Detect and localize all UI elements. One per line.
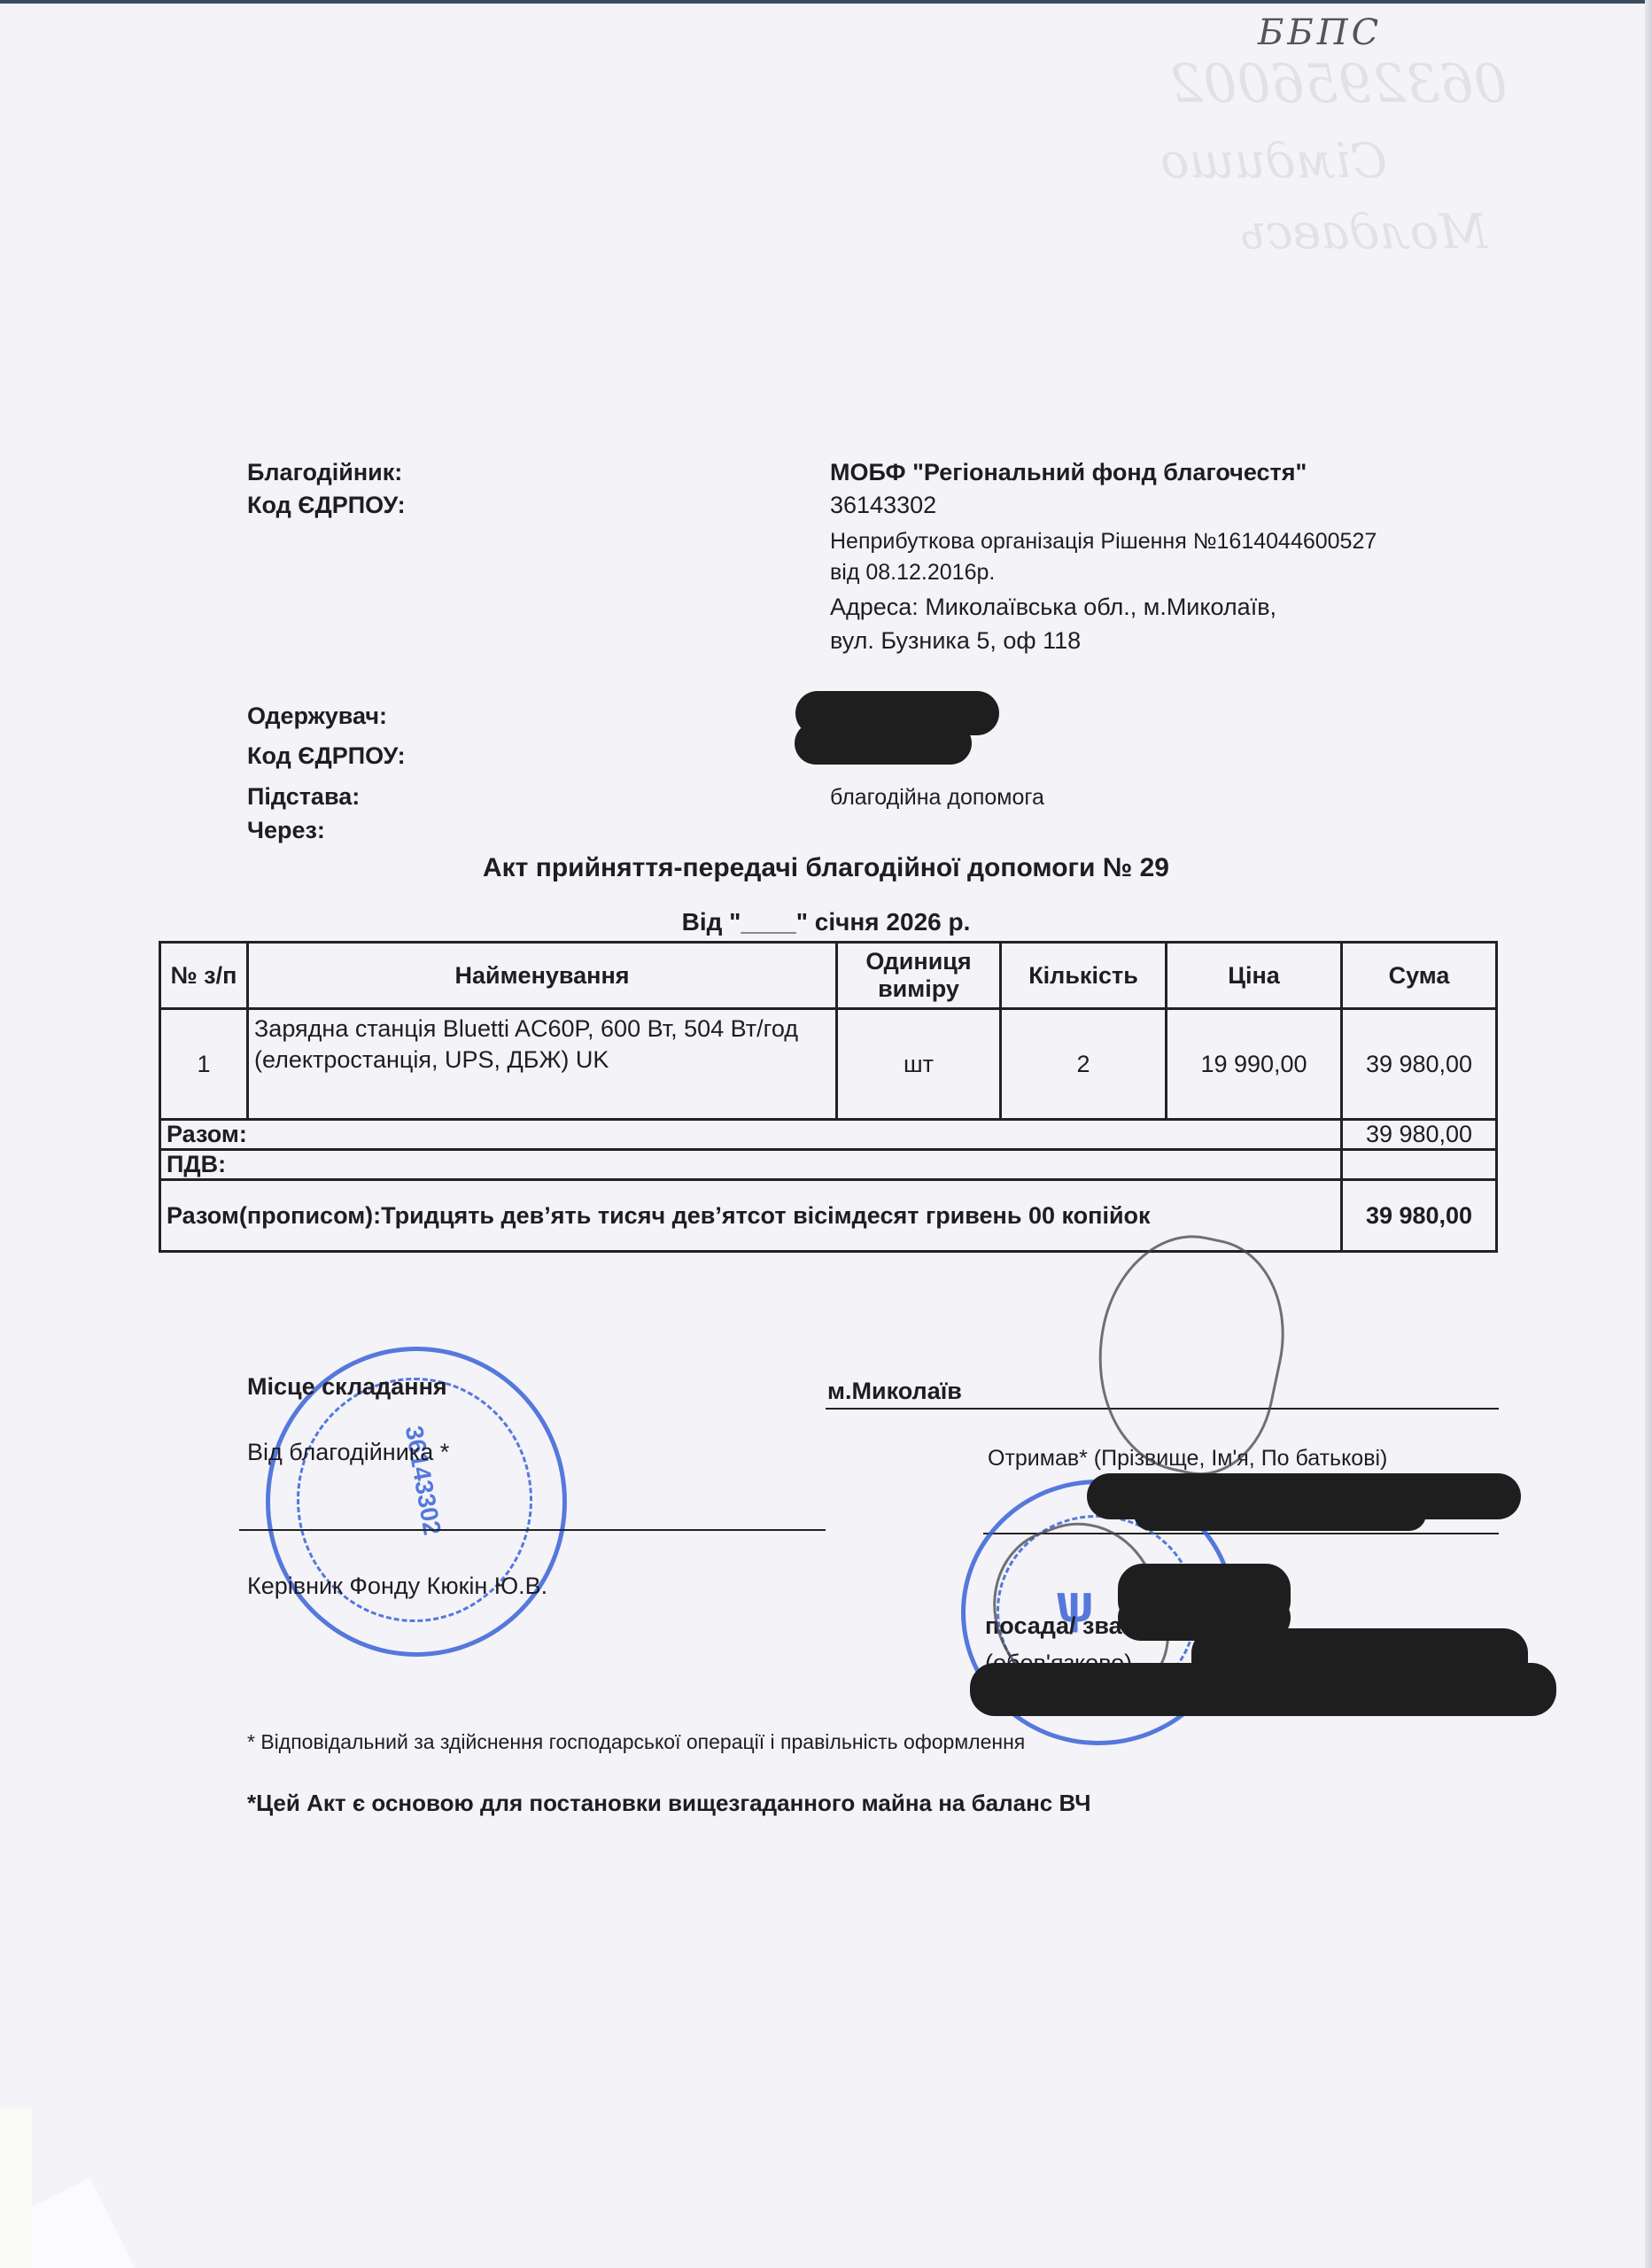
row-price: 19 990,00 xyxy=(1167,1009,1342,1120)
act-title: Акт прийняття-передачі благодійної допом… xyxy=(0,853,1652,883)
total-words-text: Тридцять дев’ять тисяч дев’ятсот вісімде… xyxy=(381,1202,1150,1229)
redaction-mark xyxy=(970,1663,1556,1716)
total-value: 39 980,00 xyxy=(1342,1120,1497,1150)
vat-label: ПДВ: xyxy=(160,1150,1342,1180)
vat-value xyxy=(1342,1150,1497,1180)
total-row: Разом: 39 980,00 xyxy=(160,1120,1497,1150)
total-words-value: 39 980,00 xyxy=(1342,1180,1497,1252)
donor-nonprofit: Неприбуткова організація Рішення №161404… xyxy=(830,529,1377,555)
header-no: № з/п xyxy=(160,943,248,1009)
redaction-mark xyxy=(1134,1497,1426,1531)
folded-corner xyxy=(32,2178,138,2268)
footnote-responsible: * Відповідальний за здійснення господарс… xyxy=(247,1730,1025,1754)
header-unit: Одиниця виміру xyxy=(837,943,1001,1009)
header-qty: Кількість xyxy=(1001,943,1167,1009)
total-words-row: Разом(прописом):Тридцять дев’ять тисяч д… xyxy=(160,1180,1497,1252)
recipient-code-label: Код ЄДРПОУ: xyxy=(247,742,406,770)
row-qty: 2 xyxy=(1001,1009,1167,1120)
row-name: Зарядна станція Bluetti AC60P, 600 Вт, 5… xyxy=(248,1009,837,1120)
act-date: Від "____" січня 2026 р. xyxy=(0,908,1652,936)
scan-edge xyxy=(1645,0,1652,2268)
row-sum: 39 980,00 xyxy=(1342,1009,1497,1120)
total-words-label: Разом(прописом): xyxy=(167,1202,381,1229)
donor-code: 36143302 xyxy=(830,492,936,519)
basis-value: благодійна допомога xyxy=(830,785,1044,811)
vat-row: ПДВ: xyxy=(160,1150,1497,1180)
items-table: № з/п Найменування Одиниця виміру Кількі… xyxy=(159,941,1498,1253)
total-label: Разом: xyxy=(160,1120,1342,1150)
row-no: 1 xyxy=(160,1009,248,1120)
donor-signature-line xyxy=(239,1529,826,1531)
scan-edge xyxy=(0,0,1652,4)
footnote-basis: *Цей Акт є основою для постановки вищезг… xyxy=(247,1790,1091,1817)
bleed-through-text: Сімдишо xyxy=(1160,133,1387,189)
place-label: Місце складання xyxy=(247,1373,447,1401)
place-value: м.Миколаїв xyxy=(827,1378,962,1405)
recipient-label: Одержувач: xyxy=(247,703,387,730)
handwritten-note: ББПС xyxy=(1258,12,1382,53)
donor-name: МОБФ "Регіональний фонд благочестя" xyxy=(830,459,1307,486)
donor-label: Благодійник: xyxy=(247,459,402,486)
scanner-bed xyxy=(0,2109,32,2268)
bleed-through-text: 0632956002 xyxy=(1169,53,1508,115)
donor-address: Адреса: Миколаївська обл., м.Миколаїв, xyxy=(830,594,1276,621)
header-sum: Сума xyxy=(1342,943,1497,1009)
from-donor-label: Від благодійника * xyxy=(247,1439,449,1466)
fund-head: Керівник Фонду Кюкін Ю.В. xyxy=(247,1573,547,1600)
redaction-mark xyxy=(795,722,972,765)
header-price: Ціна xyxy=(1167,943,1342,1009)
via-label: Через: xyxy=(247,817,325,844)
donor-nonprofit-date: від 08.12.2016р. xyxy=(830,560,995,586)
donor-code-label: Код ЄДРПОУ: xyxy=(247,492,406,519)
table-row: 1 Зарядна станція Bluetti AC60P, 600 Вт,… xyxy=(160,1009,1497,1120)
bleed-through-text: Молдавсь xyxy=(1240,204,1488,260)
basis-label: Підстава: xyxy=(247,783,360,811)
donor-address-street: вул. Бузника 5, оф 118 xyxy=(830,627,1081,655)
row-unit: шт xyxy=(837,1009,1001,1120)
header-name: Найменування xyxy=(248,943,837,1009)
